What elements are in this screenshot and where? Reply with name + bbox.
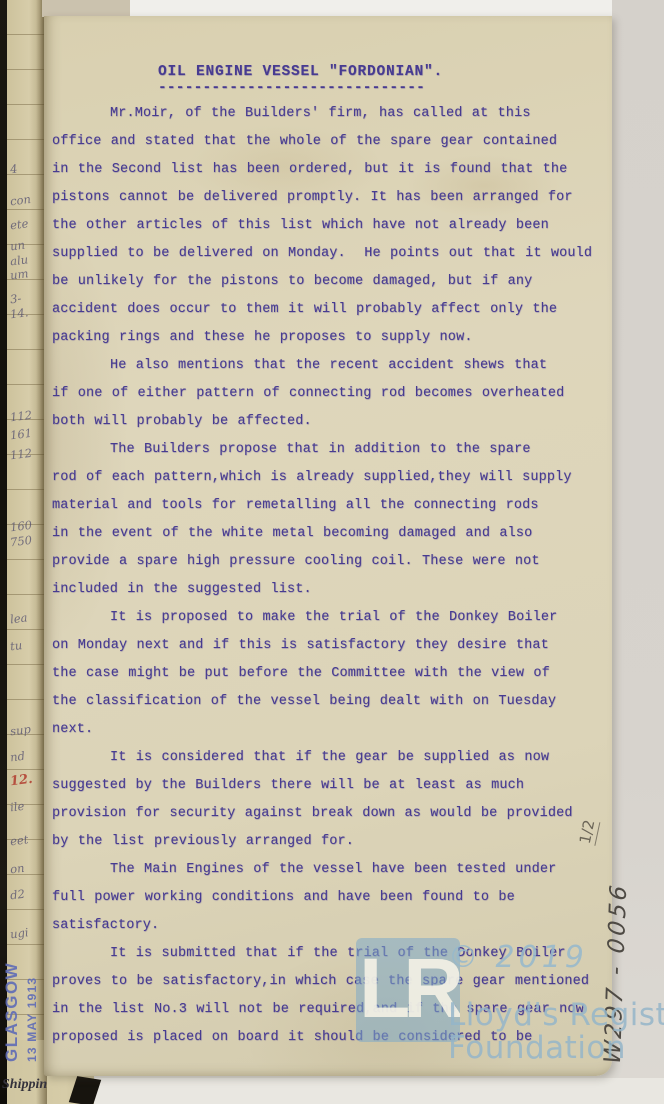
typed-text-line: be unlikely for the pistons to become da…: [52, 268, 610, 296]
typed-text-line: office and stated that the whole of the …: [52, 128, 610, 156]
typed-text-line: in the list No.3 will not be required,an…: [52, 996, 610, 1024]
binder-spine: [0, 0, 7, 1104]
typed-text-line: He also mentions that the recent acciden…: [52, 352, 610, 380]
top-paper-edge: [42, 0, 612, 17]
typed-text-line: accident does occur to them it will prob…: [52, 296, 610, 324]
typed-text-line: It is considered that if the gear be sup…: [52, 744, 610, 772]
typed-text-line: packing rings and these he proposes to s…: [52, 324, 610, 352]
typed-text-line: provide a spare high pressure cooling co…: [52, 548, 610, 576]
typed-text-line: both will probably be affected.: [52, 408, 610, 436]
typed-text-line: rod of each pattern,which is already sup…: [52, 464, 610, 492]
typed-text-line: in the Second list has been ordered, but…: [52, 156, 610, 184]
typed-text-line: suggested by the Builders there will be …: [52, 772, 610, 800]
typed-body: Mr.Moir, of the Builders' firm, has call…: [52, 100, 610, 1052]
typed-text-line: on Monday next and if this is satisfacto…: [52, 632, 610, 660]
title-underline: ------------------------------: [158, 78, 425, 98]
typed-text-line: full power working conditions and have b…: [52, 884, 610, 912]
typed-text-line: The Builders propose that in addition to…: [52, 436, 610, 464]
typed-text-line: proves to be satisfactory,in which case …: [52, 968, 610, 996]
glasgow-date-stamp: GLASGOW 13 MAY 1913: [2, 940, 39, 1062]
typed-text-line: next.: [52, 716, 610, 744]
print-caption: Shippin: [2, 1077, 47, 1093]
stamp-city: GLASGOW: [2, 940, 22, 1062]
typed-text-line: supplied to be delivered on Monday. He p…: [52, 240, 610, 268]
stamp-date: 13 MAY 1913: [25, 940, 39, 1062]
typed-text-line: The Main Engines of the vessel have been…: [52, 856, 610, 884]
top-paper-edge-tan: [42, 0, 130, 17]
typed-text-line: by the list previously arranged for.: [52, 828, 610, 856]
typed-text-line: Mr.Moir, of the Builders' firm, has call…: [52, 100, 610, 128]
typed-text-line: the case might be put before the Committ…: [52, 660, 610, 688]
backdrop-bottom-band: [80, 1078, 664, 1104]
typed-text-line: It is submitted that if the trial of the…: [52, 940, 610, 968]
typed-text-line: in the event of the white metal becoming…: [52, 520, 610, 548]
typed-text-line: provision for security against break dow…: [52, 800, 610, 828]
typed-text-line: if one of either pattern of connecting r…: [52, 380, 610, 408]
typed-text-line: material and tools for remetalling all t…: [52, 492, 610, 520]
typed-text-line: pistons cannot be delivered promptly. It…: [52, 184, 610, 212]
typed-text-line: It is proposed to make the trial of the …: [52, 604, 610, 632]
typed-text-line: satisfactory.: [52, 912, 610, 940]
typed-text-line: the other articles of this list which ha…: [52, 212, 610, 240]
typed-text-line: the classification of the vessel being d…: [52, 688, 610, 716]
typed-text-line: proposed is placed on board it should be…: [52, 1024, 610, 1052]
typed-text-line: included in the suggested list.: [52, 576, 610, 604]
